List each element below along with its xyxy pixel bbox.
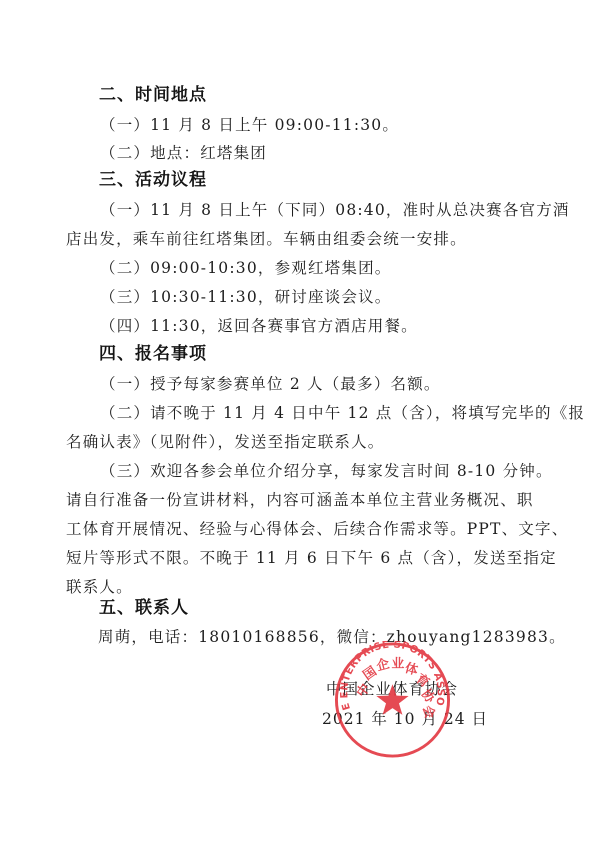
registration-item-3-line-1: （三）欢迎各参会单位介绍分享，每家发言时间 8-10 分钟。 xyxy=(100,461,553,481)
agenda-item-3: （三）10:30-11:30，研讨座谈会议。 xyxy=(100,287,391,307)
contact-info: 周萌，电话：18010168856，微信：zhouyang1283983。 xyxy=(98,627,566,647)
agenda-item-4: （四）11:30，返回各赛事官方酒店用餐。 xyxy=(100,316,418,336)
registration-item-3-line-2: 请自行准备一份宣讲材料，内容可涵盖本单位主营业务概况、职 xyxy=(66,490,534,510)
svg-text:业: 业 xyxy=(392,657,405,672)
signature-date: 2021 年 10 月 24 日 xyxy=(322,709,488,729)
section-heading-agenda: 三、活动议程 xyxy=(99,170,207,190)
seal-ring xyxy=(336,644,448,756)
paragraph-time: （一）11 月 8 日上午 09:00-11:30。 xyxy=(100,115,399,135)
official-seal: CHINESE ENTERPRISE SPORTS ASSOCIATION 中 … xyxy=(333,641,452,759)
registration-item-3-line-4: 短片等形式不限。不晚于 11 月 6 日下午 6 点（含），发送至指定 xyxy=(66,548,557,568)
section-heading-registration: 四、报名事项 xyxy=(99,344,207,364)
section-heading-time-place: 二、时间地点 xyxy=(99,85,207,105)
registration-item-1: （一）授予每家参赛单位 2 人（最多）名额。 xyxy=(100,374,441,394)
svg-text:企: 企 xyxy=(375,656,392,675)
svg-text:体: 体 xyxy=(403,660,420,679)
signature-organization: 中国企业体育协会 xyxy=(326,679,458,699)
section-heading-contact: 五、联系人 xyxy=(99,598,189,618)
agenda-item-1-line-1: （一）11 月 8 日上午（下同）08:40，准时从总决赛各官方酒 xyxy=(100,200,570,220)
seal-outer-text: CHINESE ENTERPRISE SPORTS ASSOCIATION xyxy=(333,641,446,711)
registration-item-2-line-2: 名确认表》（见附件），发送至指定联系人。 xyxy=(66,432,385,452)
registration-item-3-line-5: 联系人。 xyxy=(66,577,133,597)
agenda-item-1-line-2: 店出发，乘车前往红塔集团。车辆由组委会统一安排。 xyxy=(66,229,467,249)
paragraph-place: （二）地点：红塔集团 xyxy=(100,143,267,163)
registration-item-2-line-1: （二）请不晚于 11 月 4 日中午 12 点（含），将填写完毕的《报 xyxy=(100,403,585,423)
registration-item-3-line-3: 工体育开展情况、经验与心得体会、后续合作需求等。PPT、文字、 xyxy=(66,519,568,539)
agenda-item-2: （二）09:00-10:30，参观红塔集团。 xyxy=(100,258,391,278)
document-page: 二、时间地点 （一）11 月 8 日上午 09:00-11:30。 （二）地点：… xyxy=(0,0,600,848)
